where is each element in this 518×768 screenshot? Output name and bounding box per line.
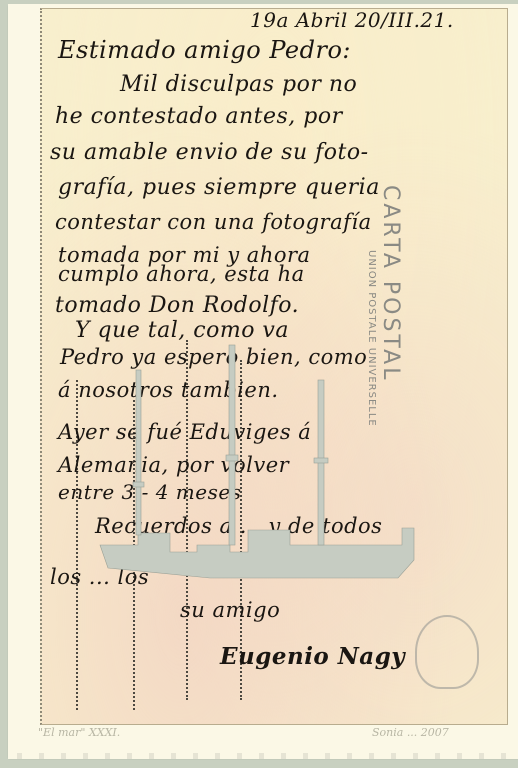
letter-line: grafía, pues siempre queria <box>58 175 380 200</box>
dateline: 19a Abril 20/III.21. <box>250 8 454 32</box>
letter-line: Pedro ya espero bien, como <box>60 345 367 369</box>
postmark-ornament-icon <box>415 615 479 689</box>
artwork-title-inscription: "El mar" XXXI. <box>38 726 120 739</box>
letter-line: su amable envio de su foto- <box>50 140 369 165</box>
letter-line: cumplo ahora, esta ha <box>58 262 305 286</box>
signature: Eugenio Nagy <box>220 643 405 670</box>
letter-line: he contestado antes, por <box>55 104 343 129</box>
letter-line: Recuerdos a ... y de todos <box>95 514 382 538</box>
postal-stamp-subtitle: UNION POSTALE UNIVERSELLE <box>362 250 381 427</box>
letter-line: Y que tal, como va <box>75 318 289 343</box>
artist-signature-inscription: Sonia ... 2007 <box>372 726 449 739</box>
salutation: Estimado amigo Pedro: <box>58 36 351 64</box>
letter-line: Alemania, por volver <box>58 453 289 477</box>
letter-line: los ... los <box>50 565 149 589</box>
letter-line: entre 3 - 4 meses <box>58 480 241 504</box>
letter-line: Ayer se fué Eduviges á <box>58 420 311 444</box>
letter-line: tomado Don Rodolfo. <box>55 293 299 318</box>
closing: su amigo <box>180 598 280 622</box>
postal-stamp-text: CARTA POSTAL <box>378 185 403 382</box>
letter-line: Mil disculpas por no <box>120 72 357 97</box>
letter-line: contestar con una fotografía <box>55 210 372 234</box>
address-divider-2 <box>133 400 135 710</box>
letter-line: á nosotros tambien. <box>58 378 279 402</box>
